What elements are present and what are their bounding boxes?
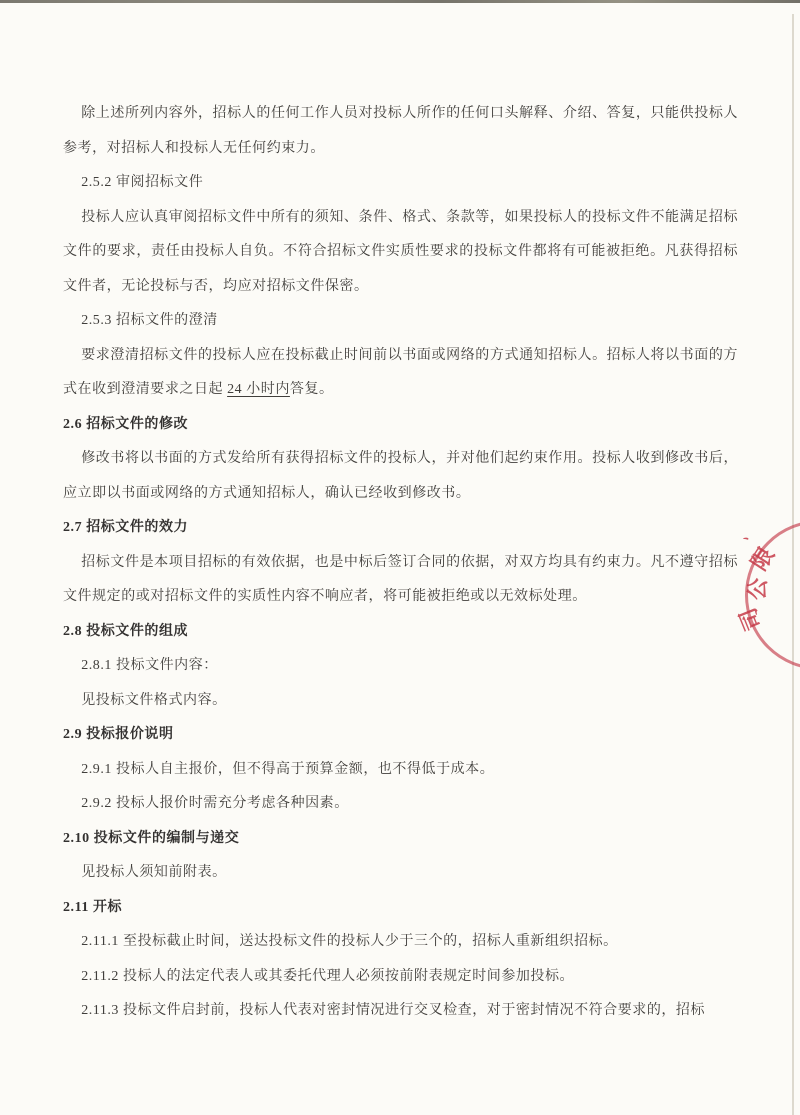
clause-2-9-2: 2.9.2 投标人报价时需充分考虑各种因素。: [63, 787, 738, 822]
doc-paragraph-clarification: 要求澄清招标文件的投标人应在投标截止时间前以书面或网络的方式通知招标人。招标人将…: [63, 339, 738, 408]
clarification-text-after: 答复。: [290, 382, 334, 397]
clarification-text-before: 要求澄清招标文件的投标人应在投标截止时间前以书面或网络的方式通知招标人。招标人将…: [63, 348, 738, 398]
section-heading-2-6: 2.6 招标文件的修改: [63, 408, 738, 443]
clause-2-11-3: 2.11.3 投标文件启封前，投标人代表对密封情况进行交叉检查，对于密封情况不符…: [63, 994, 738, 1029]
clause-2-9-1: 2.9.1 投标人自主报价，但不得高于预算金额，也不得低于成本。: [63, 753, 738, 788]
underlined-24-hours: 24 小时内: [227, 382, 290, 397]
section-heading-2-11: 2.11 开标: [63, 891, 738, 926]
clause-2-8-1: 2.8.1 投标文件内容：: [63, 649, 738, 684]
doc-paragraph-validity: 招标文件是本项目招标的有效依据，也是中标后签订合同的依据，对双方均具有约束力。凡…: [63, 546, 738, 615]
clause-2-8-1-content: 见投标文件格式内容。: [63, 684, 738, 719]
doc-paragraph-amendments: 修改书将以书面的方式发给所有获得招标文件的投标人，并对他们起约束作用。投标人收到…: [63, 442, 738, 511]
seal-character: 公: [746, 577, 770, 601]
clause-2-5-3: 2.5.3 招标文件的澄清: [63, 304, 738, 339]
seal-mark: 、: [738, 524, 758, 544]
doc-paragraph-review-documents: 投标人应认真审阅招标文件中所有的须知、条件、格式、条款等，如果投标人的投标文件不…: [63, 201, 738, 305]
scan-edge-artifact-top: [0, 0, 800, 3]
document-body: 除上述所列内容外，招标人的任何工作人员对投标人所作的任何口头解释、介绍、答复，只…: [63, 97, 738, 1029]
section-heading-2-8: 2.8 投标文件的组成: [63, 615, 738, 650]
clause-2-5-2: 2.5.2 审阅招标文件: [63, 166, 738, 201]
section-heading-2-7: 2.7 招标文件的效力: [63, 511, 738, 546]
clause-2-11-1: 2.11.1 至投标截止时间，送达投标文件的投标人少于三个的，招标人重新组织招标…: [63, 925, 738, 960]
clause-2-10-content: 见投标人须知前附表。: [63, 856, 738, 891]
clause-2-11-2: 2.11.2 投标人的法定代表人或其委托代理人必须按前附表规定时间参加投标。: [63, 960, 738, 995]
section-heading-2-10: 2.10 投标文件的编制与递交: [63, 822, 738, 857]
section-heading-2-9: 2.9 投标报价说明: [63, 718, 738, 753]
doc-paragraph-oral-explanations: 除上述所列内容外，招标人的任何工作人员对投标人所作的任何口头解释、介绍、答复，只…: [63, 97, 738, 166]
